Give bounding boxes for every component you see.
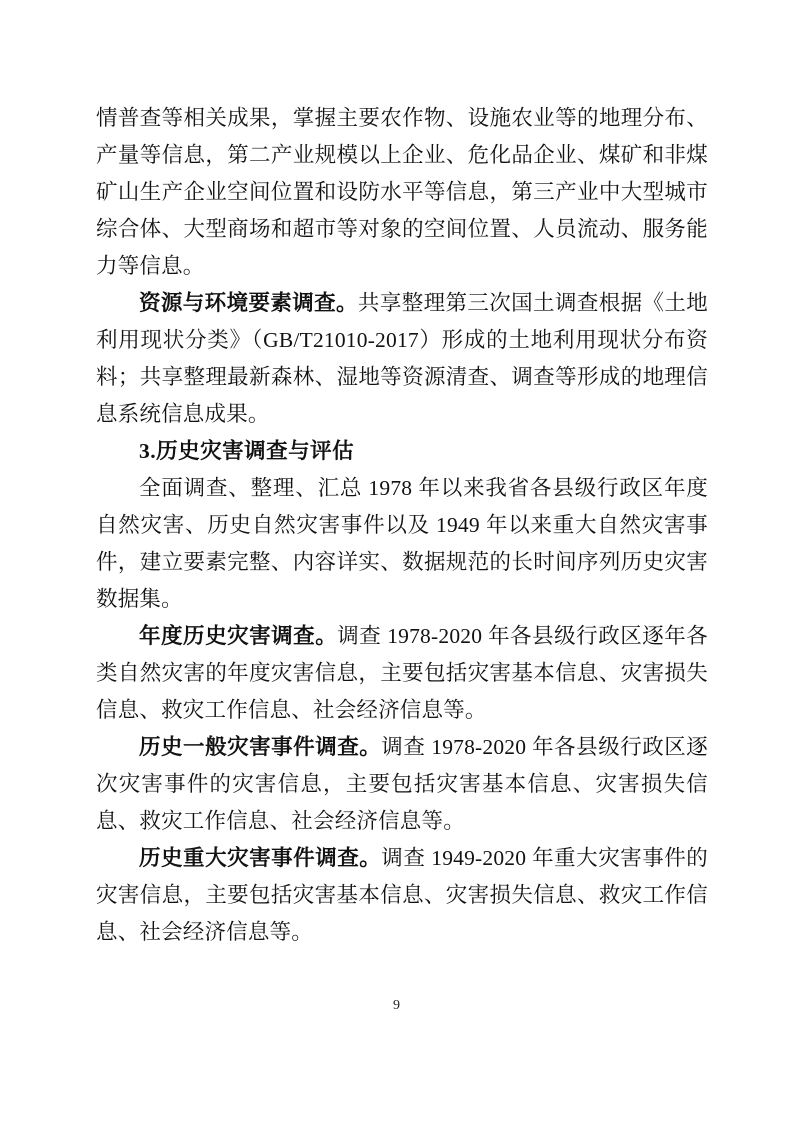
paragraph: 资源与环境要素调查。共享整理第三次国土调查根据《土地利用现状分类》（GB/T21… (96, 285, 708, 433)
paragraph: 历史重大灾害事件调查。调查 1949-2020 年重大灾害事件的灾害信息，主要包… (96, 840, 708, 951)
paragraph-text: 全面调查、整理、汇总 1978 年以来我省各县级行政区年度自然灾害、历史自然灾害… (96, 476, 708, 611)
page-number: 9 (0, 996, 793, 1016)
paragraph: 年度历史灾害调查。调查 1978-2020 年各县级行政区逐年各类自然灾害的年度… (96, 618, 708, 729)
document-body: 情普查等相关成果，掌握主要农作物、设施农业等的地理分布、产量等信息，第二产业规模… (96, 100, 708, 951)
paragraph: 情普查等相关成果，掌握主要农作物、设施农业等的地理分布、产量等信息，第二产业规模… (96, 100, 708, 285)
section-heading-text: 3.历史灾害调查与评估 (139, 439, 354, 463)
paragraph-lead: 历史重大灾害事件调查。 (139, 846, 381, 870)
document-page: 情普查等相关成果，掌握主要农作物、设施农业等的地理分布、产量等信息，第二产业规模… (0, 0, 793, 1122)
paragraph: 全面调查、整理、汇总 1978 年以来我省各县级行政区年度自然灾害、历史自然灾害… (96, 470, 708, 618)
paragraph: 历史一般灾害事件调查。调查 1978-2020 年各县级行政区逐次灾害事件的灾害… (96, 729, 708, 840)
paragraph-lead: 年度历史灾害调查。 (139, 624, 337, 648)
paragraph-lead: 历史一般灾害事件调查。 (139, 735, 381, 759)
paragraph-text: 情普查等相关成果，掌握主要农作物、设施农业等的地理分布、产量等信息，第二产业规模… (96, 106, 708, 278)
paragraph-lead: 资源与环境要素调查。 (139, 291, 358, 315)
section-heading: 3.历史灾害调查与评估 (96, 433, 708, 470)
